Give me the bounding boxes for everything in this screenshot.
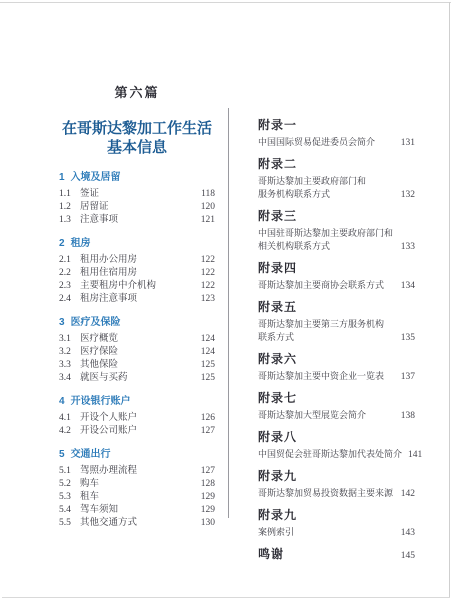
toc-entry: 2.4 租房注意事项 123 <box>59 293 215 306</box>
appendix-header: 附录五 <box>258 300 415 315</box>
appendix-line: 中国国际贸易促进委员会简介 131 <box>258 136 415 150</box>
entry-number: 5.5 <box>59 517 80 530</box>
toc-entry: 5.4 驾车须知 129 <box>59 504 215 517</box>
toc-section-4: 4开设银行账户 4.1 开设个人账户 126 4.2 开设公司账户 127 <box>59 395 215 438</box>
entry-label: 医疗概览 <box>80 333 201 346</box>
entry-page-number: 126 <box>201 412 215 425</box>
entry-number: 1.2 <box>59 201 80 214</box>
toc-entry: 3.3 其他保险 125 <box>59 359 215 372</box>
entry-label: 驾车须知 <box>80 504 201 517</box>
toc-section-3: 3医疗及保险 3.1 医疗概览 124 3.2 医疗保险 124 3.3 其他保… <box>59 316 215 385</box>
appendix-line: 哥斯达黎加主要政府部门和 <box>258 175 415 188</box>
acknowledgement-page-number: 145 <box>401 549 415 564</box>
section-title: 入境及居留 <box>71 172 121 183</box>
section-number: 1 <box>59 172 65 183</box>
appendix-page-number: 142 <box>401 488 415 501</box>
entry-number: 1.3 <box>59 214 80 227</box>
appendix-title: 哥斯达黎加主要中资企业一览表 <box>258 370 384 383</box>
entry-page-number: 122 <box>201 280 215 293</box>
section-title: 交通出行 <box>71 449 111 460</box>
entry-page-number: 122 <box>201 254 215 267</box>
entry-page-number: 124 <box>201 333 215 346</box>
entry-label: 租用住宿用房 <box>80 267 201 280</box>
appendix-line: 哥斯达黎加大型展览会简介 138 <box>258 409 415 423</box>
appendix-line: 服务机构联系方式 132 <box>258 188 415 202</box>
entry-page-number: 121 <box>201 214 215 227</box>
appendix-page-number: 134 <box>401 280 415 293</box>
entry-page-number: 130 <box>201 517 215 530</box>
appendix-line: 哥斯达黎加贸易投资数据主要来源 142 <box>258 487 415 501</box>
toc-entry: 2.3 主要租房中介机构 122 <box>59 280 215 293</box>
entry-number: 5.3 <box>59 491 80 504</box>
entry-page-number: 124 <box>201 346 215 359</box>
entry-label: 开设个人账户 <box>80 412 201 425</box>
appendix-page-number: 135 <box>401 332 415 345</box>
appendix-title: 哥斯达黎加主要第三方服务机构 <box>258 319 384 329</box>
entry-number: 4.2 <box>59 425 80 438</box>
part-label: 第六篇 <box>59 86 215 100</box>
entry-page-number: 123 <box>201 293 215 306</box>
entry-label: 主要租房中介机构 <box>80 280 201 293</box>
toc-section-5: 5交通出行 5.1 驾照办理流程 127 5.2 购车 128 5.3 租车 1… <box>59 448 215 530</box>
entry-page-number: 128 <box>201 478 215 491</box>
section-title: 开设银行账户 <box>71 396 131 407</box>
entry-number: 3.2 <box>59 346 80 359</box>
appendix-entry-6: 附录六 哥斯达黎加主要中资企业一览表 137 <box>258 352 415 384</box>
entry-page-number: 129 <box>201 491 215 504</box>
entry-number: 2.2 <box>59 267 80 280</box>
chapter-toc-column: 第六篇 在哥斯达黎加工作生活 基本信息 1入境及居留 1.1 签证 118 1.… <box>59 86 215 530</box>
appendix-page-number: 138 <box>401 410 415 423</box>
appendix-title: 服务机构联系方式 <box>258 188 330 201</box>
toc-entry: 5.3 租车 129 <box>59 491 215 504</box>
entry-label: 签证 <box>80 188 201 201</box>
section-header: 2租房 <box>59 237 215 250</box>
toc-sections: 1入境及居留 1.1 签证 118 1.2 居留证 120 1.3 注意事项 1… <box>59 171 215 530</box>
appendix-title: 相关机构联系方式 <box>258 240 330 253</box>
entry-label: 租房注意事项 <box>80 293 201 306</box>
entry-label: 医疗保险 <box>80 346 201 359</box>
appendix-line: 案例索引 143 <box>258 526 415 540</box>
entry-page-number: 120 <box>201 201 215 214</box>
appendix-entry-5: 附录五 哥斯达黎加主要第三方服务机构 联系方式 135 <box>258 300 415 345</box>
section-header: 1入境及居留 <box>59 171 215 184</box>
toc-entry: 2.2 租用住宿用房 122 <box>59 267 215 280</box>
entry-page-number: 125 <box>201 372 215 385</box>
entry-label: 租车 <box>80 491 201 504</box>
appendix-page-number: 137 <box>401 371 415 384</box>
acknowledgement-label: 鸣谢 <box>258 547 284 562</box>
entry-number: 5.1 <box>59 465 80 478</box>
entry-number: 5.2 <box>59 478 80 491</box>
section-number: 4 <box>59 396 65 407</box>
appendix-line: 中国贸促会驻哥斯达黎加代表处简介 141 <box>258 448 415 462</box>
entry-label: 注意事项 <box>80 214 201 227</box>
section-header: 4开设银行账户 <box>59 395 215 408</box>
chapter-title-line2: 基本信息 <box>59 138 215 157</box>
appendix-header: 附录四 <box>258 261 415 276</box>
appendix-entry-10: 附录九 案例索引 143 <box>258 508 415 540</box>
entry-page-number: 129 <box>201 504 215 517</box>
toc-entry: 3.2 医疗保险 124 <box>59 346 215 359</box>
toc-entry: 5.2 购车 128 <box>59 478 215 491</box>
entry-number: 3.4 <box>59 372 80 385</box>
appendix-page-number: 131 <box>401 137 415 150</box>
appendix-entry-7: 附录七 哥斯达黎加大型展览会简介 138 <box>258 391 415 423</box>
appendix-page-number: 133 <box>401 241 415 254</box>
toc-entry: 2.1 租用办公用房 122 <box>59 254 215 267</box>
appendix-title: 哥斯达黎加主要商协会联系方式 <box>258 279 384 292</box>
appendix-header: 附录九 <box>258 469 415 484</box>
entry-number: 2.1 <box>59 254 80 267</box>
entry-label: 驾照办理流程 <box>80 465 201 478</box>
appendix-title: 中国贸促会驻哥斯达黎加代表处简介 <box>258 448 402 461</box>
appendix-entry-1: 附录一 中国国际贸易促进委员会简介 131 <box>258 118 415 150</box>
toc-section-2: 2租房 2.1 租用办公用房 122 2.2 租用住宿用房 122 2.3 主要… <box>59 237 215 306</box>
appendix-header: 附录七 <box>258 391 415 406</box>
entry-label: 租用办公用房 <box>80 254 201 267</box>
appendix-header: 附录三 <box>258 209 415 224</box>
toc-section-1: 1入境及居留 1.1 签证 118 1.2 居留证 120 1.3 注意事项 1… <box>59 171 215 227</box>
entry-number: 3.1 <box>59 333 80 346</box>
toc-entry: 1.3 注意事项 121 <box>59 214 215 227</box>
toc-entry: 4.1 开设个人账户 126 <box>59 412 215 425</box>
toc-page: 第六篇 在哥斯达黎加工作生活 基本信息 1入境及居留 1.1 签证 118 1.… <box>0 0 454 600</box>
appendix-line: 哥斯达黎加主要中资企业一览表 137 <box>258 370 415 384</box>
column-divider <box>228 108 229 518</box>
toc-entry: 5.5 其他交通方式 130 <box>59 517 215 530</box>
entry-page-number: 125 <box>201 359 215 372</box>
toc-entry: 3.4 就医与买药 125 <box>59 372 215 385</box>
entry-number: 1.1 <box>59 188 80 201</box>
appendix-line: 中国驻哥斯达黎加主要政府部门和 <box>258 227 415 240</box>
appendix-page-number: 141 <box>408 449 422 462</box>
entry-page-number: 118 <box>201 188 215 201</box>
entry-page-number: 122 <box>201 267 215 280</box>
appendix-line: 相关机构联系方式 133 <box>258 240 415 254</box>
appendix-entry-2: 附录二 哥斯达黎加主要政府部门和 服务机构联系方式 132 <box>258 157 415 202</box>
appendix-title: 联系方式 <box>258 331 294 344</box>
page-right-edge <box>449 2 450 598</box>
toc-entry: 1.1 签证 118 <box>59 188 215 201</box>
entry-label: 开设公司账户 <box>80 425 201 438</box>
section-title: 租房 <box>71 238 91 249</box>
appendix-toc-column: 附录一 中国国际贸易促进委员会简介 131 附录二 哥斯达黎加主要政府部门和 服… <box>258 118 415 564</box>
appendix-page-number: 132 <box>401 189 415 202</box>
entry-label: 其他保险 <box>80 359 201 372</box>
appendix-header: 附录八 <box>258 430 415 445</box>
appendix-header: 附录二 <box>258 157 415 172</box>
appendix-title: 中国国际贸易促进委员会简介 <box>258 136 375 149</box>
page-bottom-edge <box>2 597 450 598</box>
toc-entry: 3.1 医疗概览 124 <box>59 333 215 346</box>
appendix-header: 附录一 <box>258 118 415 133</box>
entry-number: 4.1 <box>59 412 80 425</box>
appendix-line: 联系方式 135 <box>258 331 415 345</box>
acknowledgement-entry: 鸣谢 145 <box>258 547 415 564</box>
section-header: 3医疗及保险 <box>59 316 215 329</box>
entry-label: 居留证 <box>80 201 201 214</box>
entry-label: 购车 <box>80 478 201 491</box>
appendix-line: 哥斯达黎加主要第三方服务机构 <box>258 318 415 331</box>
entry-label: 其他交通方式 <box>80 517 201 530</box>
entry-number: 2.3 <box>59 280 80 293</box>
section-number: 2 <box>59 238 65 249</box>
section-number: 3 <box>59 317 65 328</box>
page-top-edge <box>0 2 451 3</box>
entry-number: 5.4 <box>59 504 80 517</box>
appendix-title: 案例索引 <box>258 526 294 539</box>
appendix-header: 附录九 <box>258 508 415 523</box>
entry-number: 3.3 <box>59 359 80 372</box>
entry-label: 就医与买药 <box>80 372 201 385</box>
entry-page-number: 127 <box>201 425 215 438</box>
appendix-title: 哥斯达黎加主要政府部门和 <box>258 176 366 186</box>
appendix-entry-8: 附录八 中国贸促会驻哥斯达黎加代表处简介 141 <box>258 430 415 462</box>
toc-entry: 5.1 驾照办理流程 127 <box>59 465 215 478</box>
appendix-entry-4: 附录四 哥斯达黎加主要商协会联系方式 134 <box>258 261 415 293</box>
section-title: 医疗及保险 <box>71 317 121 328</box>
appendix-header: 附录六 <box>258 352 415 367</box>
section-header: 5交通出行 <box>59 448 215 461</box>
appendix-page-number: 143 <box>401 527 415 540</box>
chapter-title-line1: 在哥斯达黎加工作生活 <box>59 119 215 138</box>
appendix-title: 哥斯达黎加贸易投资数据主要来源 <box>258 487 393 500</box>
appendix-title: 中国驻哥斯达黎加主要政府部门和 <box>258 228 393 238</box>
chapter-title: 在哥斯达黎加工作生活 基本信息 <box>59 119 215 157</box>
appendix-entry-3: 附录三 中国驻哥斯达黎加主要政府部门和 相关机构联系方式 133 <box>258 209 415 254</box>
appendix-title: 哥斯达黎加大型展览会简介 <box>258 409 366 422</box>
entry-page-number: 127 <box>201 465 215 478</box>
toc-entry: 1.2 居留证 120 <box>59 201 215 214</box>
appendix-line: 哥斯达黎加主要商协会联系方式 134 <box>258 279 415 293</box>
section-number: 5 <box>59 449 65 460</box>
appendix-entry-9: 附录九 哥斯达黎加贸易投资数据主要来源 142 <box>258 469 415 501</box>
toc-entry: 4.2 开设公司账户 127 <box>59 425 215 438</box>
entry-number: 2.4 <box>59 293 80 306</box>
